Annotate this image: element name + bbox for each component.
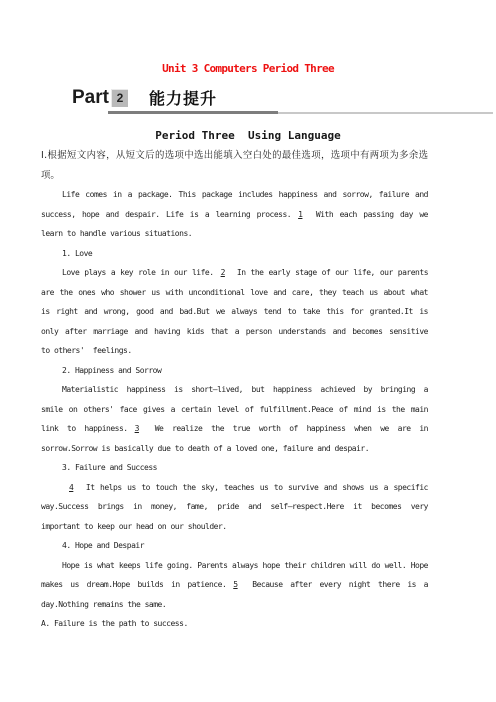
- text-line: Love plays a key role in our life.2 In t…: [41, 263, 428, 283]
- text-line: day.Nothing remains the same.: [41, 595, 428, 615]
- blank-2: 2: [214, 268, 232, 277]
- section-heading: 2. Happiness and Sorrow: [41, 361, 428, 381]
- instruction-line: 项。: [41, 166, 428, 186]
- text-line: success, hope and despair. Life is a lea…: [41, 205, 428, 225]
- text-line: Hope is what keeps life going. Parents a…: [41, 556, 428, 576]
- text-line: link to happiness.3 We realize the true …: [41, 419, 428, 439]
- text-line: smile on others' face gives a certain le…: [41, 400, 428, 420]
- text-line: makes us dream.Hope builds in patience.5…: [41, 575, 428, 595]
- text-line: way.Success brings in money, fame, pride…: [41, 497, 428, 517]
- text-line: 4 It helps us to touch the sky, teaches …: [41, 478, 428, 498]
- blank-3: 3: [128, 424, 146, 433]
- part-number-badge: 2: [111, 89, 128, 107]
- instruction-line: Ⅰ.根据短文内容，从短文后的选项中选出能填入空白处的最佳选项，选项中有两项为多余…: [41, 146, 428, 166]
- section-heading: 1. Love: [41, 244, 428, 264]
- section-heading: 4. Hope and Despair: [41, 536, 428, 556]
- blank-5: 5: [226, 580, 244, 589]
- header-rule-light: [278, 112, 493, 114]
- blank-4: 4: [62, 483, 80, 492]
- text-line: to others' feelings.: [41, 341, 428, 361]
- text-line: are the ones who shower us with uncondit…: [41, 283, 428, 303]
- page-title: Unit 3 Computers Period Three: [0, 61, 496, 76]
- text-line: learn to handle various situations.: [41, 224, 428, 244]
- text-line: only after marriage and having kids that…: [41, 322, 428, 342]
- part-label: Part: [72, 87, 109, 108]
- header-rule-dark: [108, 111, 278, 114]
- text-line: Life comes in a package. This package in…: [41, 185, 428, 205]
- text-line: sorrow.Sorrow is basically due to death …: [41, 439, 428, 459]
- text-line: Materialistic happiness is short—lived, …: [41, 380, 428, 400]
- section-heading: 3. Failure and Success: [41, 458, 428, 478]
- part-heading: 能力提升: [149, 90, 217, 108]
- period-subtitle: Period Three Using Language: [0, 129, 496, 143]
- text-line: is right and wrong, good and bad.But we …: [41, 302, 428, 322]
- text-line: important to keep our head on our should…: [41, 517, 428, 537]
- option-line: A. Failure is the path to success.: [41, 614, 428, 634]
- document-page: Unit 3 Computers Period Three Part 2 能力提…: [0, 0, 496, 702]
- document-body: Ⅰ.根据短文内容，从短文后的选项中选出能填入空白处的最佳选项，选项中有两项为多余…: [41, 146, 428, 634]
- blank-1: 1: [291, 210, 309, 219]
